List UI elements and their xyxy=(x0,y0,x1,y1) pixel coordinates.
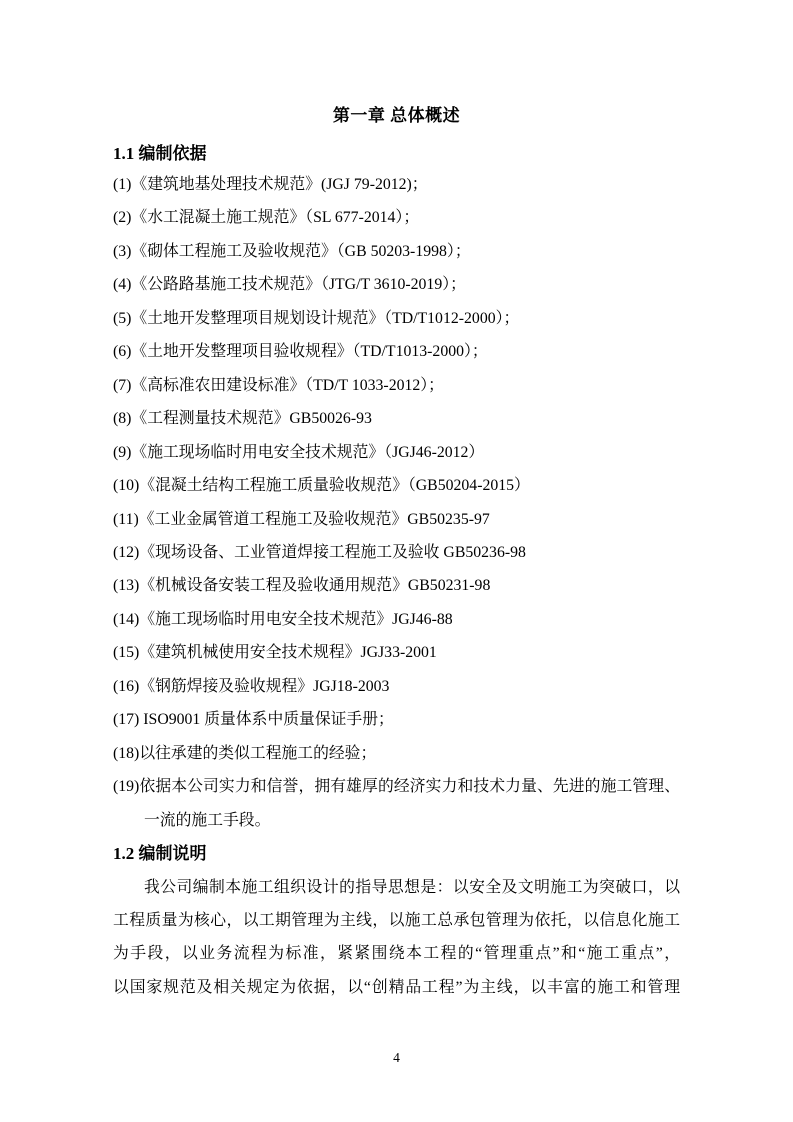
list-item: (6)《土地开发整理项目验收规程》（TD/T1013-2000）； xyxy=(113,335,680,368)
list-item: (12)《现场设备、工业管道焊接工程施工及验收 GB50236-98 xyxy=(113,536,680,569)
list-item: (10)《混凝土结构工程施工质量验收规范》（GB50204-2015） xyxy=(113,469,680,502)
list-item: (4)《公路路基施工技术规范》（JTG/T 3610-2019）； xyxy=(113,268,680,301)
list-item: (11)《工业金属管道工程施工及验收规范》GB50235-97 xyxy=(113,503,680,536)
list-item: (7)《高标准农田建设标准》（TD/T 1033-2012）； xyxy=(113,369,680,402)
list-item: (5)《土地开发整理项目规划设计规范》（TD/T1012-2000）； xyxy=(113,302,680,335)
list-item: (19)依据本公司实力和信誉，拥有雄厚的经济实力和技术力量、先进的施工管理、 xyxy=(113,770,680,803)
paragraph-line: 工程质量为核心，以工期管理为主线，以施工总承包管理为依托，以信息化施工 xyxy=(113,904,680,937)
list-item: (14)《施工现场临时用电安全技术规范》JGJ46-88 xyxy=(113,603,680,636)
list-item: (13)《机械设备安装工程及验收通用规范》GB50231-98 xyxy=(113,569,680,602)
paragraph-line: 为手段，以业务流程为标准，紧紧围绕本工程的“管理重点”和“施工重点”， xyxy=(113,937,680,970)
document-page: 第一章 总体概述 1.1 编制依据 (1)《建筑地基处理技术规范》(JGJ 79… xyxy=(0,0,793,1122)
chapter-title: 第一章 总体概述 xyxy=(113,99,680,133)
section-1-1-heading: 1.1 编制依据 xyxy=(113,140,680,168)
paragraph-line: 以国家规范及相关规定为依据，以“创精品工程”为主线，以丰富的施工和管理 xyxy=(113,971,680,1004)
list-item: (17) ISO9001 质量体系中质量保证手册； xyxy=(113,703,680,736)
list-item: (8)《工程测量技术规范》GB50026-93 xyxy=(113,402,680,435)
section-1-2-heading: 1.2 编制说明 xyxy=(113,837,680,870)
page-number: 4 xyxy=(0,1046,793,1070)
list-item: (16)《钢筋焊接及验收规程》JGJ18-2003 xyxy=(113,670,680,703)
list-item: (2)《水工混凝土施工规范》（SL 677-2014）； xyxy=(113,201,680,234)
list-item: (15)《建筑机械使用安全技术规程》JGJ33-2001 xyxy=(113,636,680,669)
list-item: (18)以往承建的类似工程施工的经验； xyxy=(113,737,680,770)
list-item: (1)《建筑地基处理技术规范》(JGJ 79-2012)； xyxy=(113,168,680,201)
paragraph-line: 我公司编制本施工组织设计的指导思想是：以安全及文明施工为突破口，以 xyxy=(113,871,680,904)
list-item-continuation: 一流的施工手段。 xyxy=(113,804,680,837)
list-item: (3)《砌体工程施工及验收规范》（GB 50203-1998）； xyxy=(113,235,680,268)
list-item: (9)《施工现场临时用电安全技术规范》（JGJ46-2012） xyxy=(113,436,680,469)
page-content: 第一章 总体概述 1.1 编制依据 (1)《建筑地基处理技术规范》(JGJ 79… xyxy=(113,99,680,1004)
